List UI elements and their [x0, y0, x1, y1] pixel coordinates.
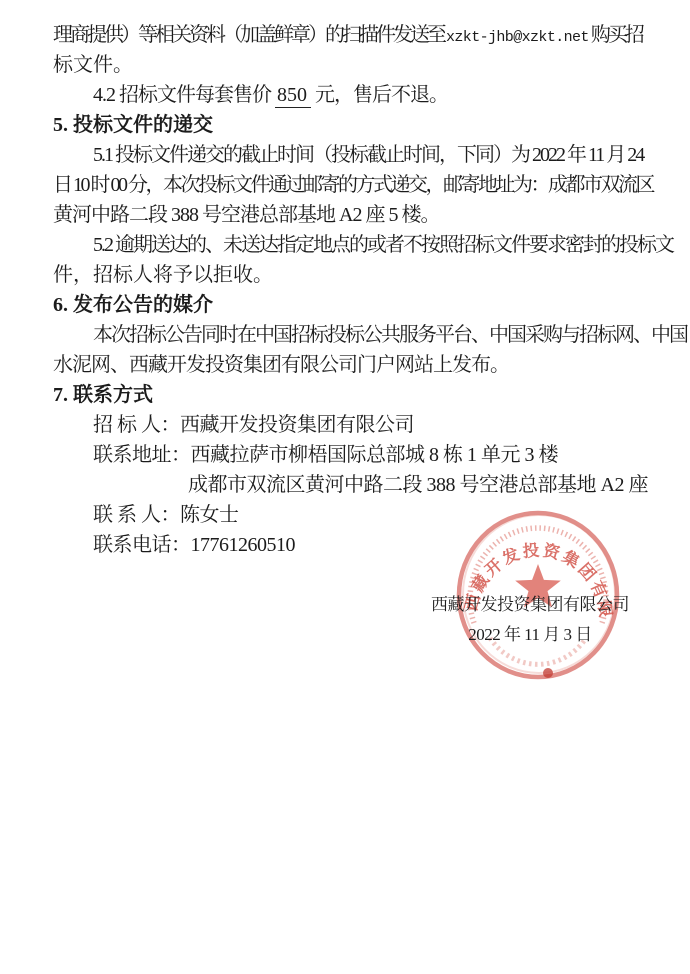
paragraph-5-1-line3: 黄河中路二段 388 号空港总部基地 A2 座 5 楼。: [53, 200, 638, 230]
seal-ink-blob: [543, 668, 553, 678]
contact-label: 联系电话：: [93, 534, 191, 556]
paragraph-5-1-line2: 日 10 时 00 分，本次投标文件通过邮寄的方式递交，邮寄地址为：成都市双流区: [53, 170, 638, 200]
text-run: 理商提供）等相关资料（加盖鲜章）的扫描件发送至: [53, 24, 446, 46]
contact-row-address2: 成都市双流区黄河中路二段 388 号空港总部基地 A2 座: [53, 470, 638, 500]
text-run: 元，售后不退。: [311, 84, 448, 106]
document-page: 理商提供）等相关资料（加盖鲜章）的扫描件发送至 xzkt-jhb@xzkt.ne…: [0, 0, 690, 974]
contact-row-phone: 联系电话：17761260510: [53, 530, 638, 560]
text-run: 标文件。: [53, 54, 133, 76]
heading-section-5: 5. 投标文件的递交: [53, 110, 638, 140]
contact-value: 西藏开发投资集团有限公司: [180, 414, 414, 436]
paragraph-6-line2: 水泥网、西藏开发投资集团有限公司门户网站上发布。: [53, 350, 638, 380]
heading-section-6: 6. 发布公告的媒介: [53, 290, 638, 320]
signature-date: 2022 年 11 月 3 日: [425, 620, 635, 650]
text-run: 4.2 招标文件每套售价: [93, 84, 275, 106]
contact-label: 联系地址：: [93, 444, 191, 466]
paragraph-4-tail-line2: 标文件。: [53, 50, 638, 80]
paragraph-6-line1: 本次招标公告同时在中国招标投标公共服务平台、中国采购与招标网、中国: [53, 320, 638, 350]
contact-value: 陈女士: [180, 504, 239, 526]
contact-label: 联 系 人：: [93, 504, 180, 526]
contact-value: 成都市双流区黄河中路二段 388 号空港总部基地 A2 座: [188, 474, 648, 496]
contact-row-person: 联 系 人：陈女士: [53, 500, 638, 530]
paragraph-5-1-line1: 5.1 投标文件递交的截止时间（投标截止时间，下同）为 2022 年 11 月 …: [53, 140, 638, 170]
document-body: 理商提供）等相关资料（加盖鲜章）的扫描件发送至 xzkt-jhb@xzkt.ne…: [53, 20, 638, 560]
contact-row-address: 联系地址：西藏拉萨市柳梧国际总部城 8 栋 1 单元 3 楼: [53, 440, 638, 470]
contact-row-tenderer: 招 标 人：西藏开发投资集团有限公司: [53, 410, 638, 440]
paragraph-5-2-line1: 5.2 逾期送达的、未送达指定地点的或者不按照招标文件要求密封的投标文: [53, 230, 638, 260]
email-address: xzkt-jhb@xzkt.net: [446, 29, 589, 46]
heading-section-7: 7. 联系方式: [53, 380, 638, 410]
paragraph-5-2-line2: 件，招标人将予以拒收。: [53, 260, 638, 290]
paragraph-4-2: 4.2 招标文件每套售价 850 元，售后不退。: [53, 80, 638, 110]
signature-block: 西藏开发投资集团有限公司 2022 年 11 月 3 日: [425, 590, 635, 650]
signature-company: 西藏开发投资集团有限公司: [425, 590, 635, 620]
contact-label: 招 标 人：: [93, 414, 180, 436]
contact-value: 西藏拉萨市柳梧国际总部城 8 栋 1 单元 3 楼: [191, 444, 559, 466]
bid-document-price: 850: [275, 84, 311, 108]
paragraph-4-tail-line1: 理商提供）等相关资料（加盖鲜章）的扫描件发送至 xzkt-jhb@xzkt.ne…: [53, 20, 638, 50]
contact-value: 17761260510: [191, 534, 296, 556]
text-run: 购买招: [589, 24, 642, 46]
